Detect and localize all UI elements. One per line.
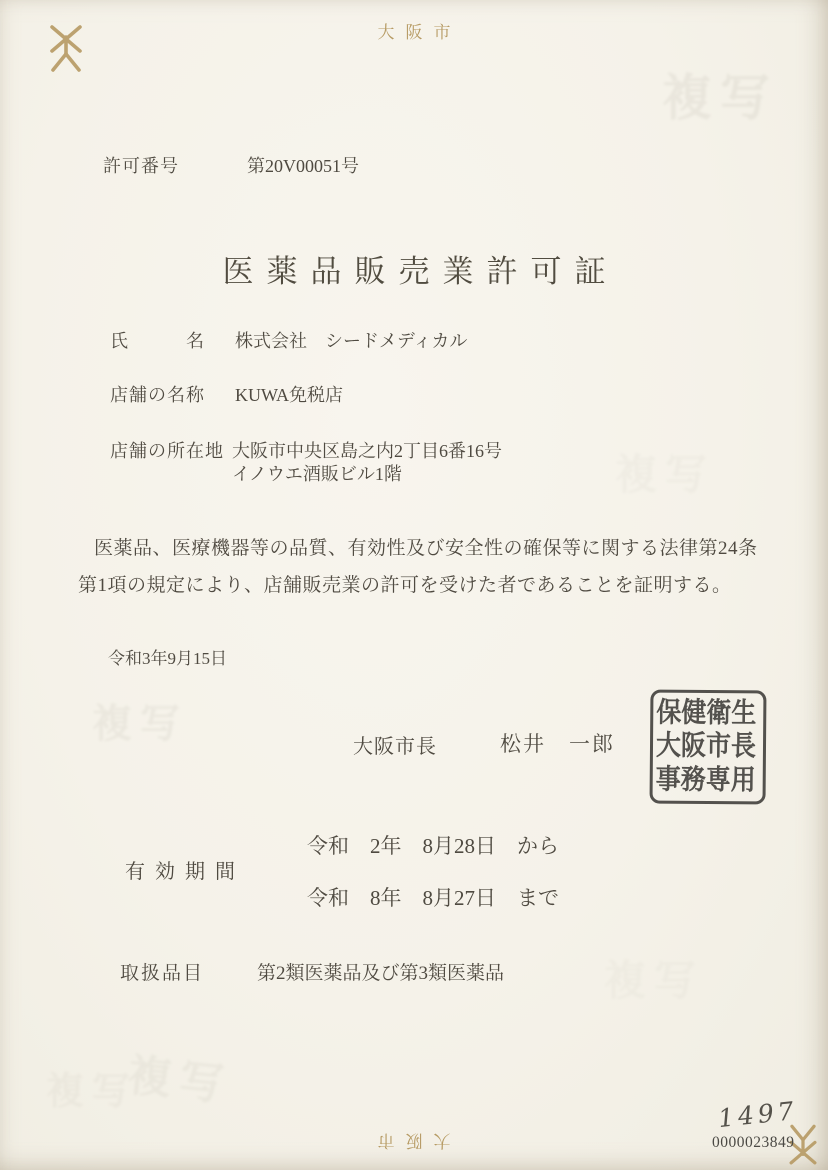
validity-to: 令和 8年 8月27日 まで bbox=[307, 882, 559, 912]
validity-label: 有効期間 bbox=[125, 855, 245, 884]
shop-address-label: 店舗の所在地 bbox=[110, 437, 224, 463]
mayor-name: 松井 一郎 bbox=[500, 728, 615, 758]
official-seal-stamp: 保健衛生 大阪市長 事務専用 bbox=[650, 689, 767, 804]
copy-watermark-ghost: 複写 bbox=[615, 442, 715, 502]
permit-number-value: 第20V00051号 bbox=[247, 152, 359, 178]
serial-number: 0000023849 bbox=[712, 1134, 795, 1152]
copy-watermark-ghost: 複写 bbox=[92, 692, 188, 749]
shop-name-value: KUWA免税店 bbox=[235, 381, 343, 407]
copy-watermark-ghost: 複写 bbox=[125, 1039, 235, 1114]
items-label: 取扱品目 bbox=[120, 958, 204, 985]
header-city-name: 大阪市 bbox=[0, 18, 828, 43]
issue-date: 令和3年9月15日 bbox=[108, 644, 227, 669]
mayor-title: 大阪市長 bbox=[353, 730, 437, 759]
body-text-line2: 第1項の規定により、店舗販売業の許可を受けた者であることを証明する。 bbox=[78, 567, 732, 604]
validity-from: 令和 2年 8月28日 から bbox=[307, 830, 559, 860]
shop-address-line2: イノウエ酒販ビル1階 bbox=[232, 460, 402, 486]
seal-row: 事務専用 bbox=[656, 766, 760, 795]
items-value: 第2類医薬品及び第3類医薬品 bbox=[257, 958, 504, 985]
body-text-line1: 医薬品、医療機器等の品質、有効性及び安全性の確保等に関する法律第24条 bbox=[78, 530, 758, 567]
shop-name-label: 店舗の名称 bbox=[110, 381, 205, 407]
seal-row: 大阪市長 bbox=[656, 733, 760, 762]
license-document: 複写 複写 複写 複写 複写 複写 大阪市 大阪市 許可番号 第20V00051… bbox=[0, 0, 828, 1170]
seal-row: 保健衛生 bbox=[656, 699, 760, 728]
copy-watermark-ghost: 複写 bbox=[46, 1060, 138, 1115]
copy-watermark-ghost: 複写 bbox=[662, 58, 778, 130]
holder-name-label: 氏 名 bbox=[110, 327, 205, 353]
footer-city-name: 大阪市 bbox=[0, 1130, 828, 1155]
holder-name-value: 株式会社 シードメディカル bbox=[235, 327, 467, 353]
document-title: 医薬品販売業許可証 bbox=[0, 246, 828, 291]
copy-watermark-ghost: 複写 bbox=[604, 948, 704, 1008]
permit-number-label: 許可番号 bbox=[103, 152, 179, 178]
